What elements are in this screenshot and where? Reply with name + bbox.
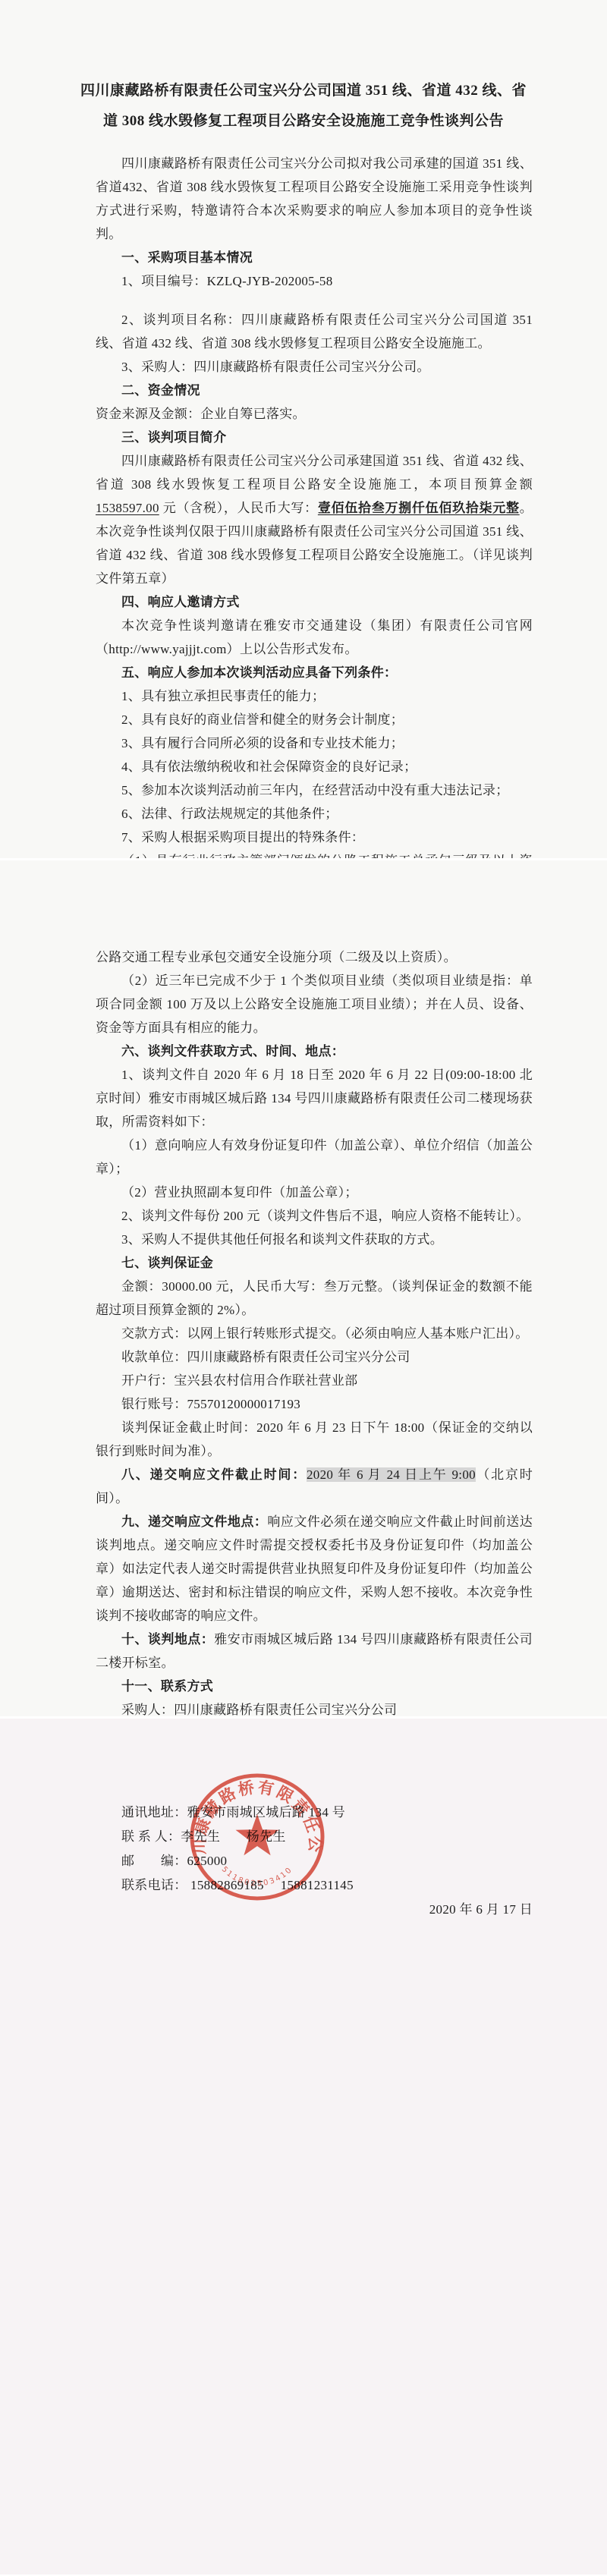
deposit-deadline-line: 谈判保证金截止时间：2020 年 6 月 23 日下午 18:00（保证金的交纳… bbox=[96, 1416, 533, 1463]
qualification-continued-line: 公路交通工程专业承包交通安全设施分项（二级及以上资质）。 bbox=[96, 945, 533, 969]
deposit-payment-line: 交款方式：以网上银行转账形式提交。（必须由响应人基本账户汇出）。 bbox=[96, 1322, 533, 1345]
section-6-heading: 六、谈判文件获取方式、时间、地点： bbox=[96, 1040, 533, 1063]
funding-line: 资金来源及金额：企业自筹已落实。 bbox=[96, 402, 533, 426]
obtain-material-1: （1）意向响应人有效身份证复印件（加盖公章）、单位介绍信（加盖公章）； bbox=[96, 1134, 533, 1181]
condition-item: 2、具有良好的商业信誉和健全的财务会计制度； bbox=[96, 708, 533, 731]
condition-item: （1）具有行业行政主管部门颁发的公路工程施工总承包三级及以上资质或 bbox=[96, 849, 533, 858]
purchaser-line: 3、采购人：四川康藏路桥有限责任公司宝兴分公司。 bbox=[96, 355, 533, 379]
section-5-heading: 五、响应人参加本次谈判活动应具备下列条件： bbox=[96, 661, 533, 684]
intro-paragraph: 四川康藏路桥有限责任公司宝兴分公司拟对我公司承建的国道 351 线、省道432、… bbox=[96, 152, 533, 246]
document-obtain-line: 1、谈判文件自 2020 年 6 月 18 日至 2020 年 6 月 22 日… bbox=[96, 1063, 533, 1134]
deposit-bank-line: 开户行：宝兴县农村信用合作联社营业部 bbox=[96, 1369, 533, 1392]
section-8-paragraph: 八、递交响应文件截止时间：2020 年 6 月 24 日上午 9:00（北京时间… bbox=[96, 1463, 533, 1510]
no-other-way-line: 3、采购人不提供其他任何报名和谈判文件获取的方式。 bbox=[96, 1228, 533, 1251]
brief-text-before-amount: 四川康藏路桥有限责任公司宝兴分公司承建国道 351 线、省道 432 线、省道 … bbox=[96, 454, 533, 492]
title-line-2: 道 308 线水毁修复工程项目公路安全设施施工竞争性谈判公告 bbox=[74, 106, 533, 137]
document-page-2: 公路交通工程专业承包交通安全设施分项（二级及以上资质）。 （2）近三年已完成不少… bbox=[0, 858, 607, 1716]
svg-text:511802503410: 511802503410 bbox=[220, 1865, 295, 1888]
section-10-paragraph: 十、谈判地点：雅安市雨城区城后路 134 号四川康藏路桥有限责任公司二楼开标室。 bbox=[96, 1628, 533, 1675]
condition-item: 6、法律、行政法规规定的其他条件； bbox=[96, 802, 533, 826]
document-page-3: 通讯地址：雅安市雨城区城后路 134 号 联 系 人：李先生 杨先生 邮 编：6… bbox=[0, 1716, 607, 2574]
section-9-heading: 九、递交响应文件地点： bbox=[121, 1514, 267, 1529]
condition-item: 3、具有履行合同所必须的设备和专业技术能力； bbox=[96, 731, 533, 755]
condition-item: 4、具有依法缴纳税收和社会保障资金的良好记录； bbox=[96, 755, 533, 778]
buyer-line: 采购人：四川康藏路桥有限责任公司宝兴分公司 bbox=[96, 1698, 533, 1716]
condition-item: 5、参加本次谈判活动前三年内，在经营活动中没有重大违法记录； bbox=[96, 778, 533, 802]
obtain-material-2: （2）营业执照副本复印件（加盖公章）； bbox=[96, 1181, 533, 1204]
announcement-document: 四川康藏路桥有限责任公司宝兴分公司国道 351 线、省道 432 线、省 道 3… bbox=[0, 0, 607, 2574]
deposit-amount-line: 金额：30000.00 元，人民币大写：叁万元整。（谈判保证金的数额不能超过项目… bbox=[96, 1275, 533, 1322]
document-page-1: 四川康藏路桥有限责任公司宝兴分公司国道 351 线、省道 432 线、省 道 3… bbox=[0, 0, 607, 858]
title-line-1: 四川康藏路桥有限责任公司宝兴分公司国道 351 线、省道 432 线、省 bbox=[74, 76, 533, 106]
seal-serial-text: 511802503410 bbox=[220, 1865, 295, 1888]
document-fee-line: 2、谈判文件每份 200 元（谈判文件售后不退，响应人资格不能转让）。 bbox=[96, 1204, 533, 1228]
section-9-text: 响应文件必须在递交响应文件截止时间前送达谈判地点。递交响应文件时需提交授权委托书… bbox=[96, 1514, 533, 1623]
deposit-payee-line: 收款单位：四川康藏路桥有限责任公司宝兴分公司 bbox=[96, 1345, 533, 1369]
section-2-heading: 二、资金情况 bbox=[96, 379, 533, 402]
brief-text-between: 元（含税），人民币大写： bbox=[159, 501, 318, 515]
section-10-heading: 十、谈判地点： bbox=[121, 1632, 214, 1647]
section-11-heading: 十一、联系方式 bbox=[96, 1675, 533, 1698]
section-4-heading: 四、响应人邀请方式 bbox=[96, 590, 533, 614]
budget-amount-capital: 壹佰伍拾叁万捌仟伍佰玖拾柒元整 bbox=[318, 501, 520, 515]
section-1-heading: 一、采购项目基本情况 bbox=[96, 246, 533, 269]
condition-special-2: （2）近三年已完成不少于 1 个类似项目业绩（类似项目业绩是指：单项合同金额 1… bbox=[96, 969, 533, 1040]
page-title: 四川康藏路桥有限责任公司宝兴分公司国道 351 线、省道 432 线、省 道 3… bbox=[74, 76, 533, 137]
project-brief-paragraph: 四川康藏路桥有限责任公司宝兴分公司承建国道 351 线、省道 432 线、省道 … bbox=[96, 449, 533, 590]
seal-star-icon bbox=[236, 1814, 279, 1855]
section-7-heading: 七、谈判保证金 bbox=[96, 1251, 533, 1275]
condition-item: 1、具有独立承担民事责任的能力； bbox=[96, 684, 533, 708]
response-deadline-highlight: 2020 年 6 月 24 日上午 9:00 bbox=[307, 1467, 476, 1482]
deposit-account-line: 银行账号：75570120000017193 bbox=[96, 1392, 533, 1416]
company-seal-stamp: 四川康藏路桥有限责任公司 511802503410 bbox=[187, 1772, 328, 1905]
section-9-paragraph: 九、递交响应文件地点：响应文件必须在递交响应文件截止时间前送达谈判地点。递交响应… bbox=[96, 1510, 533, 1628]
invitation-paragraph: 本次竞争性谈判邀请在雅安市交通建设（集团）有限责任公司官网（http://www… bbox=[96, 614, 533, 661]
section-8-heading: 八、递交响应文件截止时间： bbox=[121, 1467, 307, 1482]
project-name-line: 2、谈判项目名称：四川康藏路桥有限责任公司宝兴分公司国道 351 线、省道 43… bbox=[96, 308, 533, 355]
section-3-heading: 三、谈判项目简介 bbox=[96, 426, 533, 449]
budget-amount-digits: 1538597.00 bbox=[96, 501, 159, 515]
condition-item: 7、采购人根据采购项目提出的特殊条件： bbox=[96, 826, 533, 849]
project-number-line: 1、项目编号：KZLQ-JYB-202005-58 bbox=[96, 269, 533, 293]
